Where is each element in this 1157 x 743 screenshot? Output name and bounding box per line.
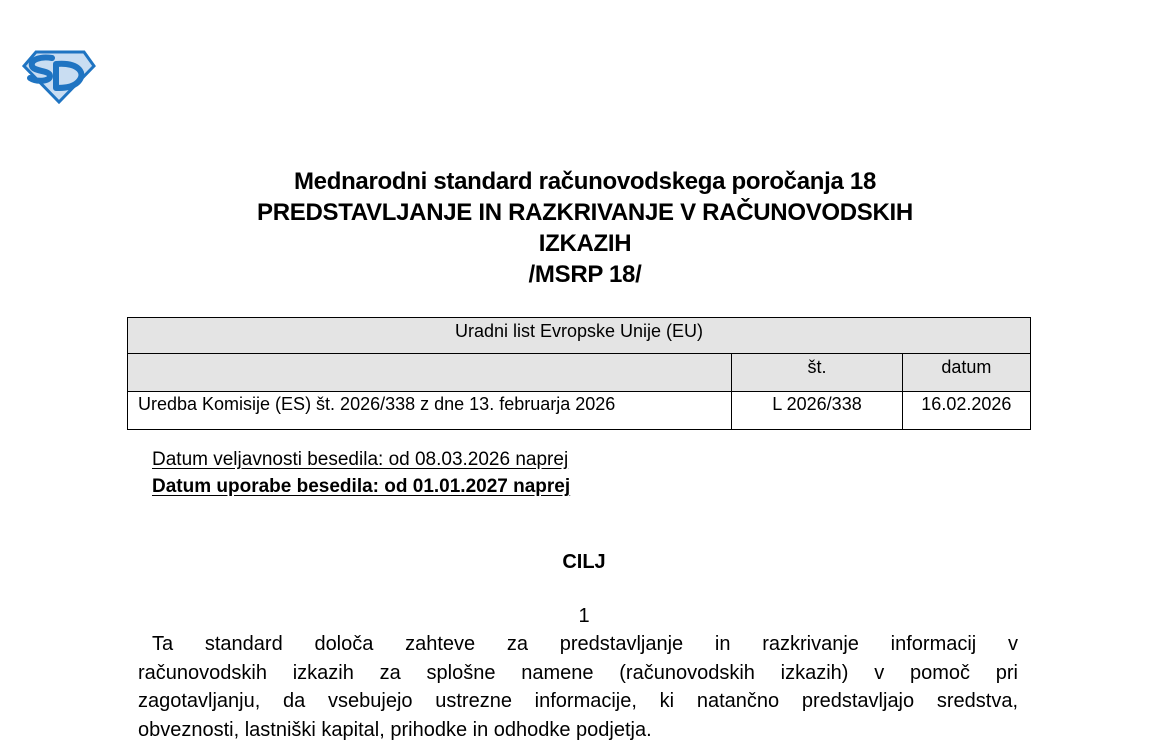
paragraph-text: Ta standard določa zahteve za predstavlj… (138, 630, 1018, 743)
column-header-number: št. (732, 354, 902, 392)
title-line-3: IZKAZIH (150, 228, 1020, 259)
table-header-row: Uradni list Evropske Unije (EU) (128, 318, 1031, 354)
paragraph-line: računovodskih izkazih za splošne namene … (138, 659, 1018, 688)
sd-logo-icon (22, 48, 96, 104)
table-row: Uredba Komisije (ES) št. 2026/338 z dne … (128, 392, 1031, 430)
cell-number: L 2026/338 (732, 392, 902, 430)
document-title: Mednarodni standard računovodskega poroč… (150, 166, 1020, 290)
validity-date: Datum veljavnosti besedila: od 08.03.202… (152, 446, 570, 473)
validity-dates: Datum veljavnosti besedila: od 08.03.202… (152, 446, 570, 500)
registry-table: Uradni list Evropske Unije (EU) št. datu… (127, 317, 1031, 430)
column-header-document (128, 354, 732, 392)
cell-date: 16.02.2026 (902, 392, 1030, 430)
paragraph-line: Ta standard določa zahteve za predstavlj… (138, 630, 1018, 659)
table-column-row: št. datum (128, 354, 1031, 392)
cell-document: Uredba Komisije (ES) št. 2026/338 z dne … (128, 392, 732, 430)
section-heading: CILJ (0, 551, 1157, 574)
paragraph-number: 1 (0, 605, 1157, 628)
column-header-date: datum (902, 354, 1030, 392)
title-line-2: PREDSTAVLJANJE IN RAZKRIVANJE V RAČUNOVO… (150, 197, 1020, 228)
title-line-4: /MSRP 18/ (150, 259, 1020, 290)
paragraph-line: obveznosti, lastniški kapital, prihodke … (138, 716, 1018, 743)
title-line-1: Mednarodni standard računovodskega poroč… (150, 166, 1020, 197)
table-header-cell: Uradni list Evropske Unije (EU) (128, 318, 1031, 354)
paragraph-line: zagotavljanju, da vsebujejo ustrezne inf… (138, 687, 1018, 716)
application-date: Datum uporabe besedila: od 01.01.2027 na… (152, 473, 570, 500)
